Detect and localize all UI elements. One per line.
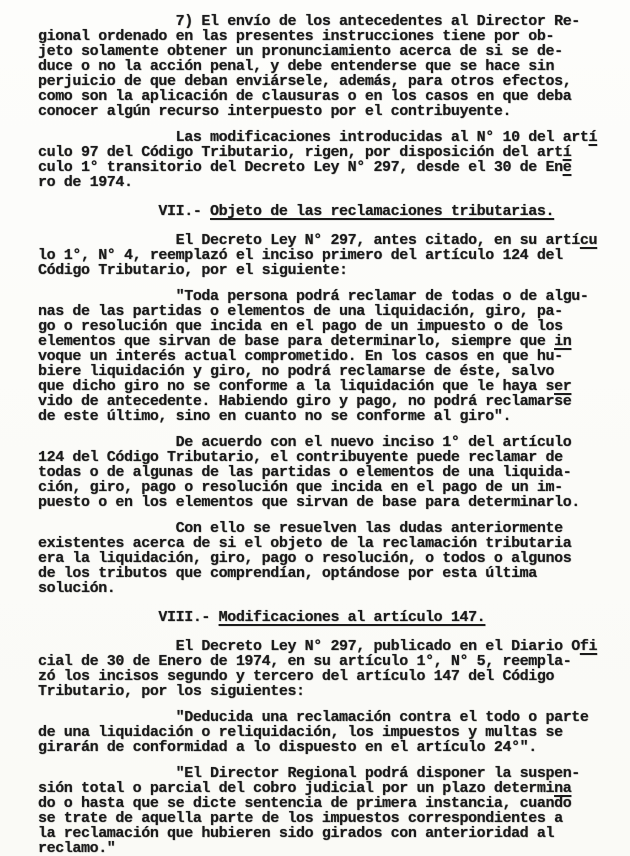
text-line: 124 del Código Tributario, el contribuye… [38, 450, 618, 465]
text-line: voque un interés actual comprometido. En… [38, 349, 618, 364]
quoted-paragraph: "El Director Regional podrá disponer la … [38, 766, 618, 856]
document-page: 7) El envío de los antecedentes al Direc… [0, 0, 630, 856]
section-heading: VII.- Objeto de las reclamaciones tribut… [38, 204, 618, 219]
text-line: "Deducida una reclamación contra el todo… [38, 710, 618, 725]
text-line: se trate de aquella parte de los impuest… [38, 811, 618, 826]
text-line: sión total o parcial del cobro judicial … [38, 781, 618, 796]
text-line: VII.- Objeto de las reclamaciones tribut… [38, 204, 618, 219]
text-line: Con ello se resuelven las dudas anterior… [38, 521, 618, 536]
text-line: VIII.- Modificaciones al artículo 147. [38, 610, 618, 625]
text-line: "Toda persona podrá reclamar de todas o … [38, 289, 618, 304]
text-line: existentes acerca de si el objeto de la … [38, 536, 618, 551]
doc-paragraph: El Decreto Ley N° 297, antes citado, en … [38, 233, 618, 278]
text-line: de este último, sino en cuanto no se con… [38, 409, 618, 424]
text-line: do o hasta que se dicte sentencia de pri… [38, 796, 618, 811]
text-line: de los tributos que comprendían, optándo… [38, 566, 618, 581]
text-line: como son la aplicación de clausuras o en… [38, 89, 618, 104]
text-line: "El Director Regional podrá disponer la … [38, 766, 618, 781]
section-heading: VIII.- Modificaciones al artículo 147. [38, 610, 618, 625]
text-line: puesto o en los elementos que sirvan de … [38, 495, 618, 510]
text-line: conocer algún recurso interpuesto por el… [38, 104, 618, 119]
doc-paragraph: De acuerdo con el nuevo inciso 1° del ar… [38, 435, 618, 510]
text-line: vido de antecedente. Habiendo giro y pag… [38, 394, 618, 409]
text-line: que dicho giro no se conforme a la liqui… [38, 379, 618, 394]
quoted-paragraph: "Toda persona podrá reclamar de todas o … [38, 289, 618, 424]
text-line: era la liquidación, giro, pago o resoluc… [38, 551, 618, 566]
text-line: la reclamación que hubieren sido girados… [38, 826, 618, 841]
text-line: go o resolución que incida en el pago de… [38, 319, 618, 334]
text-line: culo 1° transitorio del Decreto Ley N° 2… [38, 160, 618, 175]
doc-paragraph: 7) El envío de los antecedentes al Direc… [38, 14, 618, 119]
text-line: jeto solamente obtener un pronunciamient… [38, 44, 618, 59]
text-line: culo 97 del Código Tributario, rigen, po… [38, 145, 618, 160]
text-line: Código Tributario, por el siguiente: [38, 263, 618, 278]
doc-paragraph: Con ello se resuelven las dudas anterior… [38, 521, 618, 596]
text-line: zó los incisos segundo y tercero del art… [38, 669, 618, 684]
text-line: lo 1°, N° 4, reemplazó el inciso primero… [38, 248, 618, 263]
doc-paragraph: El Decreto Ley N° 297, publicado en el D… [38, 639, 618, 699]
document-body: 7) El envío de los antecedentes al Direc… [38, 14, 618, 856]
text-line: duce o no la acción penal, y debe entend… [38, 59, 618, 74]
text-line: De acuerdo con el nuevo inciso 1° del ar… [38, 435, 618, 450]
text-line: perjuicio de que deban enviársele, ademá… [38, 74, 618, 89]
text-line: solución. [38, 581, 618, 596]
text-line: biere liquidación y giro, no podrá recla… [38, 364, 618, 379]
text-line: nas de las partidas o elementos de una l… [38, 304, 618, 319]
text-line: El Decreto Ley N° 297, antes citado, en … [38, 233, 618, 248]
text-line: 7) El envío de los antecedentes al Direc… [38, 14, 618, 29]
text-line: gional ordenado en las presentes instruc… [38, 29, 618, 44]
text-line: ro de 1974. [38, 175, 618, 190]
text-line: Las modificaciones introducidas al N° 10… [38, 130, 618, 145]
text-line: El Decreto Ley N° 297, publicado en el D… [38, 639, 618, 654]
text-line: reclamo." [38, 841, 618, 856]
text-line: cial de 30 de Enero de 1974, en su artíc… [38, 654, 618, 669]
text-line: elementos que sirvan de base para determ… [38, 334, 618, 349]
text-line: ción, giro, pago o resolución que incida… [38, 480, 618, 495]
text-line: girarán de conformidad a lo dispuesto en… [38, 740, 618, 755]
doc-paragraph: Las modificaciones introducidas al N° 10… [38, 130, 618, 190]
quoted-paragraph: "Deducida una reclamación contra el todo… [38, 710, 618, 755]
text-line: Tributario, por los siguientes: [38, 684, 618, 699]
text-line: de una liquidación o reliquidación, los … [38, 725, 618, 740]
text-line: todas o de algunas de las partidas o ele… [38, 465, 618, 480]
